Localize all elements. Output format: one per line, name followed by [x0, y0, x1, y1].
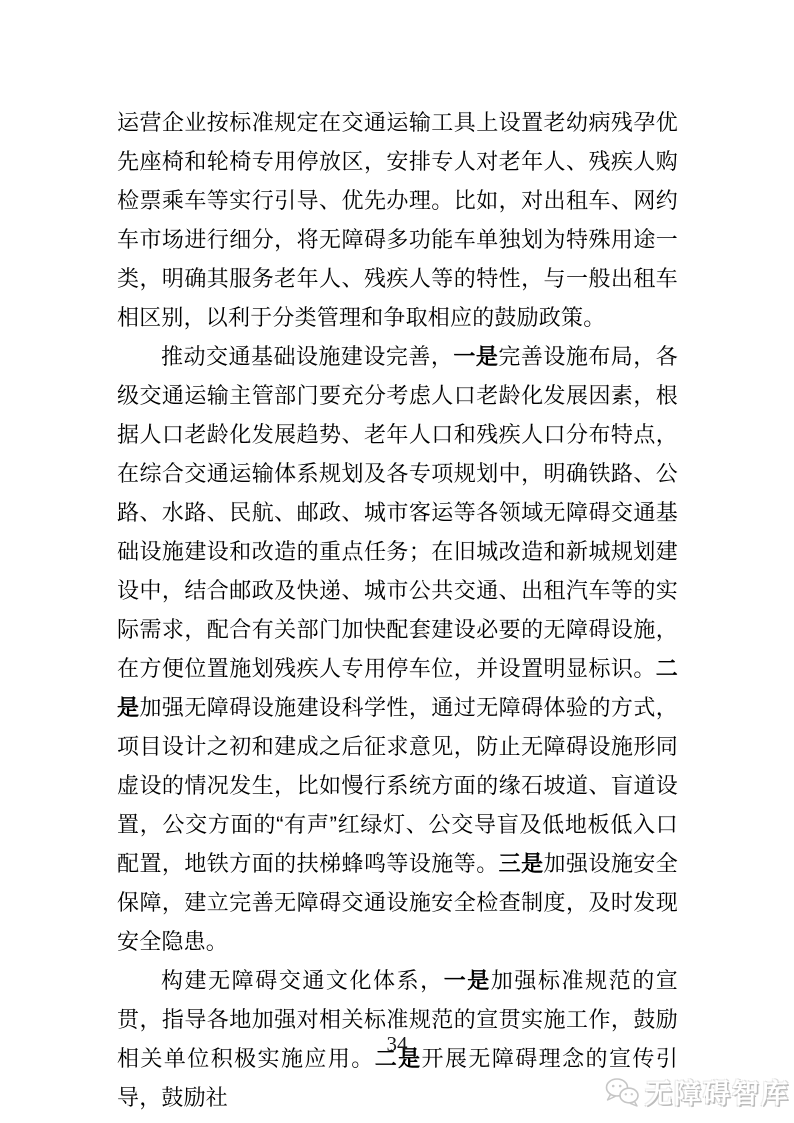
paragraph-text: 完善设施布局，各级交通运输主管部门要充分考虑人口老龄化发展因素，根据人口老龄化发…	[117, 344, 678, 681]
paragraph: 运营企业按标准规定在交通运输工具上设置老幼病残孕优先座椅和轮椅专用停放区，安排专…	[117, 103, 678, 337]
paragraph-text: 运营企业按标准规定在交通运输工具上设置老幼病残孕优先座椅和轮椅专用停放区，安排专…	[117, 110, 678, 330]
bold-run: 一是	[444, 968, 491, 993]
bold-run: 三是	[499, 851, 544, 876]
paragraph-text: 构建无障碍交通文化体系，	[161, 968, 444, 993]
text-block: 运营企业按标准规定在交通运输工具上设置老幼病残孕优先座椅和轮椅专用停放区，安排专…	[117, 103, 678, 1117]
paragraph-text: 推动交通基础设施建设完善，	[161, 344, 453, 369]
wechat-icon	[604, 1076, 640, 1108]
watermark-label: 无障碍智库	[645, 1072, 790, 1111]
bold-run: 一是	[453, 344, 498, 369]
paragraph: 推动交通基础设施建设完善，一是完善设施布局，各级交通运输主管部门要充分考虑人口老…	[117, 337, 678, 961]
page-number: 34	[0, 1031, 794, 1057]
watermark: 无障碍智库	[604, 1072, 790, 1111]
document-page: 运营企业按标准规定在交通运输工具上设置老幼病残孕优先座椅和轮椅专用停放区，安排专…	[0, 0, 794, 1123]
paragraph-text: 加强无障碍设施建设科学性，通过无障碍体验的方式，项目设计之初和建成之后征求意见，…	[117, 695, 678, 876]
